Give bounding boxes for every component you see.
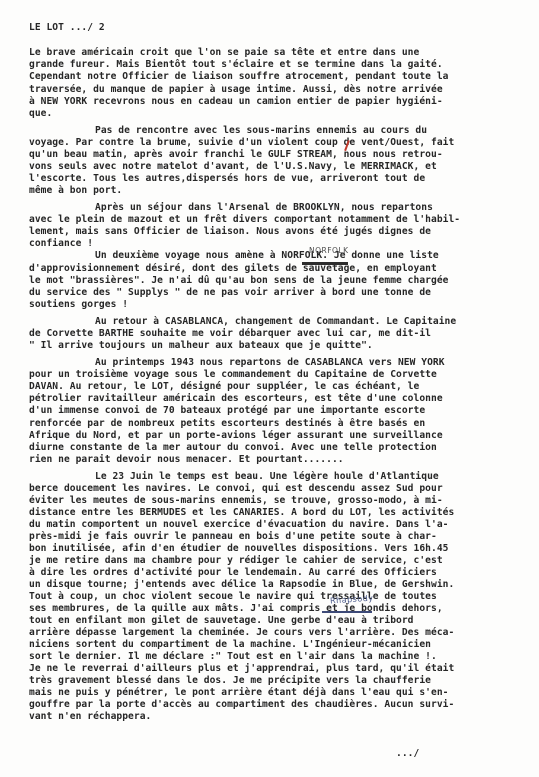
text-line: de Corvette BARTHE souhaite me voir déba… [29,328,431,340]
text-line: distance entre les BERMUDES et les CANAR… [29,507,454,519]
text-line: d'approvisionnement désiré, dont des gil… [29,263,437,275]
text-line: Un deuxième voyage nous amène à NORFOLK.… [95,250,439,262]
text-line: rien ne parait devoir nous menacer. Et p… [29,454,344,466]
text-line: Tout à coup, un choc violent secoue le n… [29,591,437,603]
text-line: près-midi je fais ouvrir le panneau en b… [29,531,437,543]
text-line: à NEW YORK recevrons nous en cadeau un c… [29,96,443,108]
text-line: grande fureur. Mais Bientôt tout s'éclai… [29,59,443,71]
text-line: qu'un beau matin, après avoir franchi le… [29,149,443,161]
text-line: éviter les meutes de sous-marins ennemis… [29,495,443,507]
text-line: très gravement blessé dans le dos. Je me… [29,675,431,687]
text-line: Afrique du Nord, et par un porte-avions … [29,430,443,442]
text-line: niciens sortent du compartiment de la ma… [29,639,431,651]
page-continuation-mark: .../ [396,748,419,760]
text-line: le mot "brassières". Je n'ai dû qu'au bo… [29,275,448,287]
text-line: pétrolier ravitailleur américain des esc… [29,393,443,405]
text-line: même à bon port. [29,185,122,197]
text-line: berce doucement les navires. Le convoi, … [29,483,443,495]
strikethrough-mark [302,262,348,265]
text-line: bon inutilisée, afin d'en étudier de nou… [29,543,448,555]
text-line: à dire les ordres d'activité pour le len… [29,567,437,579]
text-line: vons seuls avec notre matelot d'avant, d… [29,161,437,173]
typewritten-page: LE LOT .../ 2 Le brave américain croit q… [0,0,539,777]
text-line: Le brave américain croit que l'on se pai… [29,47,419,59]
text-line: confiance ! [29,238,93,250]
text-line: " Il arrive toujours un malheur aux bate… [29,340,373,352]
text-line: voyage. Par contre la brume, suivie d'un… [29,137,454,149]
text-line: avec le plein de mazout et un frêt diver… [29,214,460,226]
text-line: sort le dernier. Il me déclare :" Tout e… [29,651,437,663]
text-line: pour un troisième voyage sous le command… [29,369,437,381]
text-line: diurne constante de la mer autour du con… [29,442,437,454]
text-line: vant n'en réchappera. [29,711,151,723]
text-line: Le 23 Juin le temps est beau. Une légère… [95,471,439,483]
text-line: soutiens gorges ! [29,299,128,311]
text-line: je me retire dans ma chambre pour y rédi… [29,555,443,567]
handwritten-correction-norfolk: NORFOLK [309,246,349,255]
text-line: gouffre par la porte d'accès au comparti… [29,699,454,711]
text-line: tout en enfilant mon gilet de sauvetage.… [29,615,414,627]
text-line: DAVAN. Au retour, le LOT, désigné pour s… [29,381,419,393]
text-line: Au printemps 1943 nous repartons de CASA… [95,357,445,369]
text-line: que. [29,108,52,120]
text-line: Après un séjour dans l'Arsenal de BROOKL… [95,202,433,214]
text-line: du matin comportent un nouvel exercice d… [29,519,448,531]
text-line: arrière dépasse largement la cheminée. J… [29,627,454,639]
text-line: Je ne le reverrai d'ailleurs plus et j'a… [29,663,454,675]
text-line: un disque tourne; j'entends avec délice … [29,579,454,591]
text-line: ses membrures, de la quille aux mâts. J'… [29,603,443,615]
text-line: renforcée par de nombreux petits escorte… [29,418,425,430]
strikethrough-mark [322,611,372,613]
text-line: Cependant notre Officier de liaison souf… [29,71,448,83]
text-line: lement, mais sans Officier de liaison. N… [29,226,431,238]
text-line: mais ne puis y pénétrer, le pont arrière… [29,687,448,699]
text-line: l'escorte. Tous les autres,dispersés hor… [29,173,425,185]
text-line: traversée, du manque de papier à usage i… [29,84,443,96]
text-line: Pas de rencontre avec les sous-marins en… [95,125,427,137]
text-line: Au retour à CASABLANCA, changement de Co… [95,316,456,328]
text-line: d'un immense convoi de 70 bateaux protég… [29,405,425,417]
text-line: du service des " Supplys " de ne pas voi… [29,287,431,299]
page-header: LE LOT .../ 2 [29,22,105,34]
